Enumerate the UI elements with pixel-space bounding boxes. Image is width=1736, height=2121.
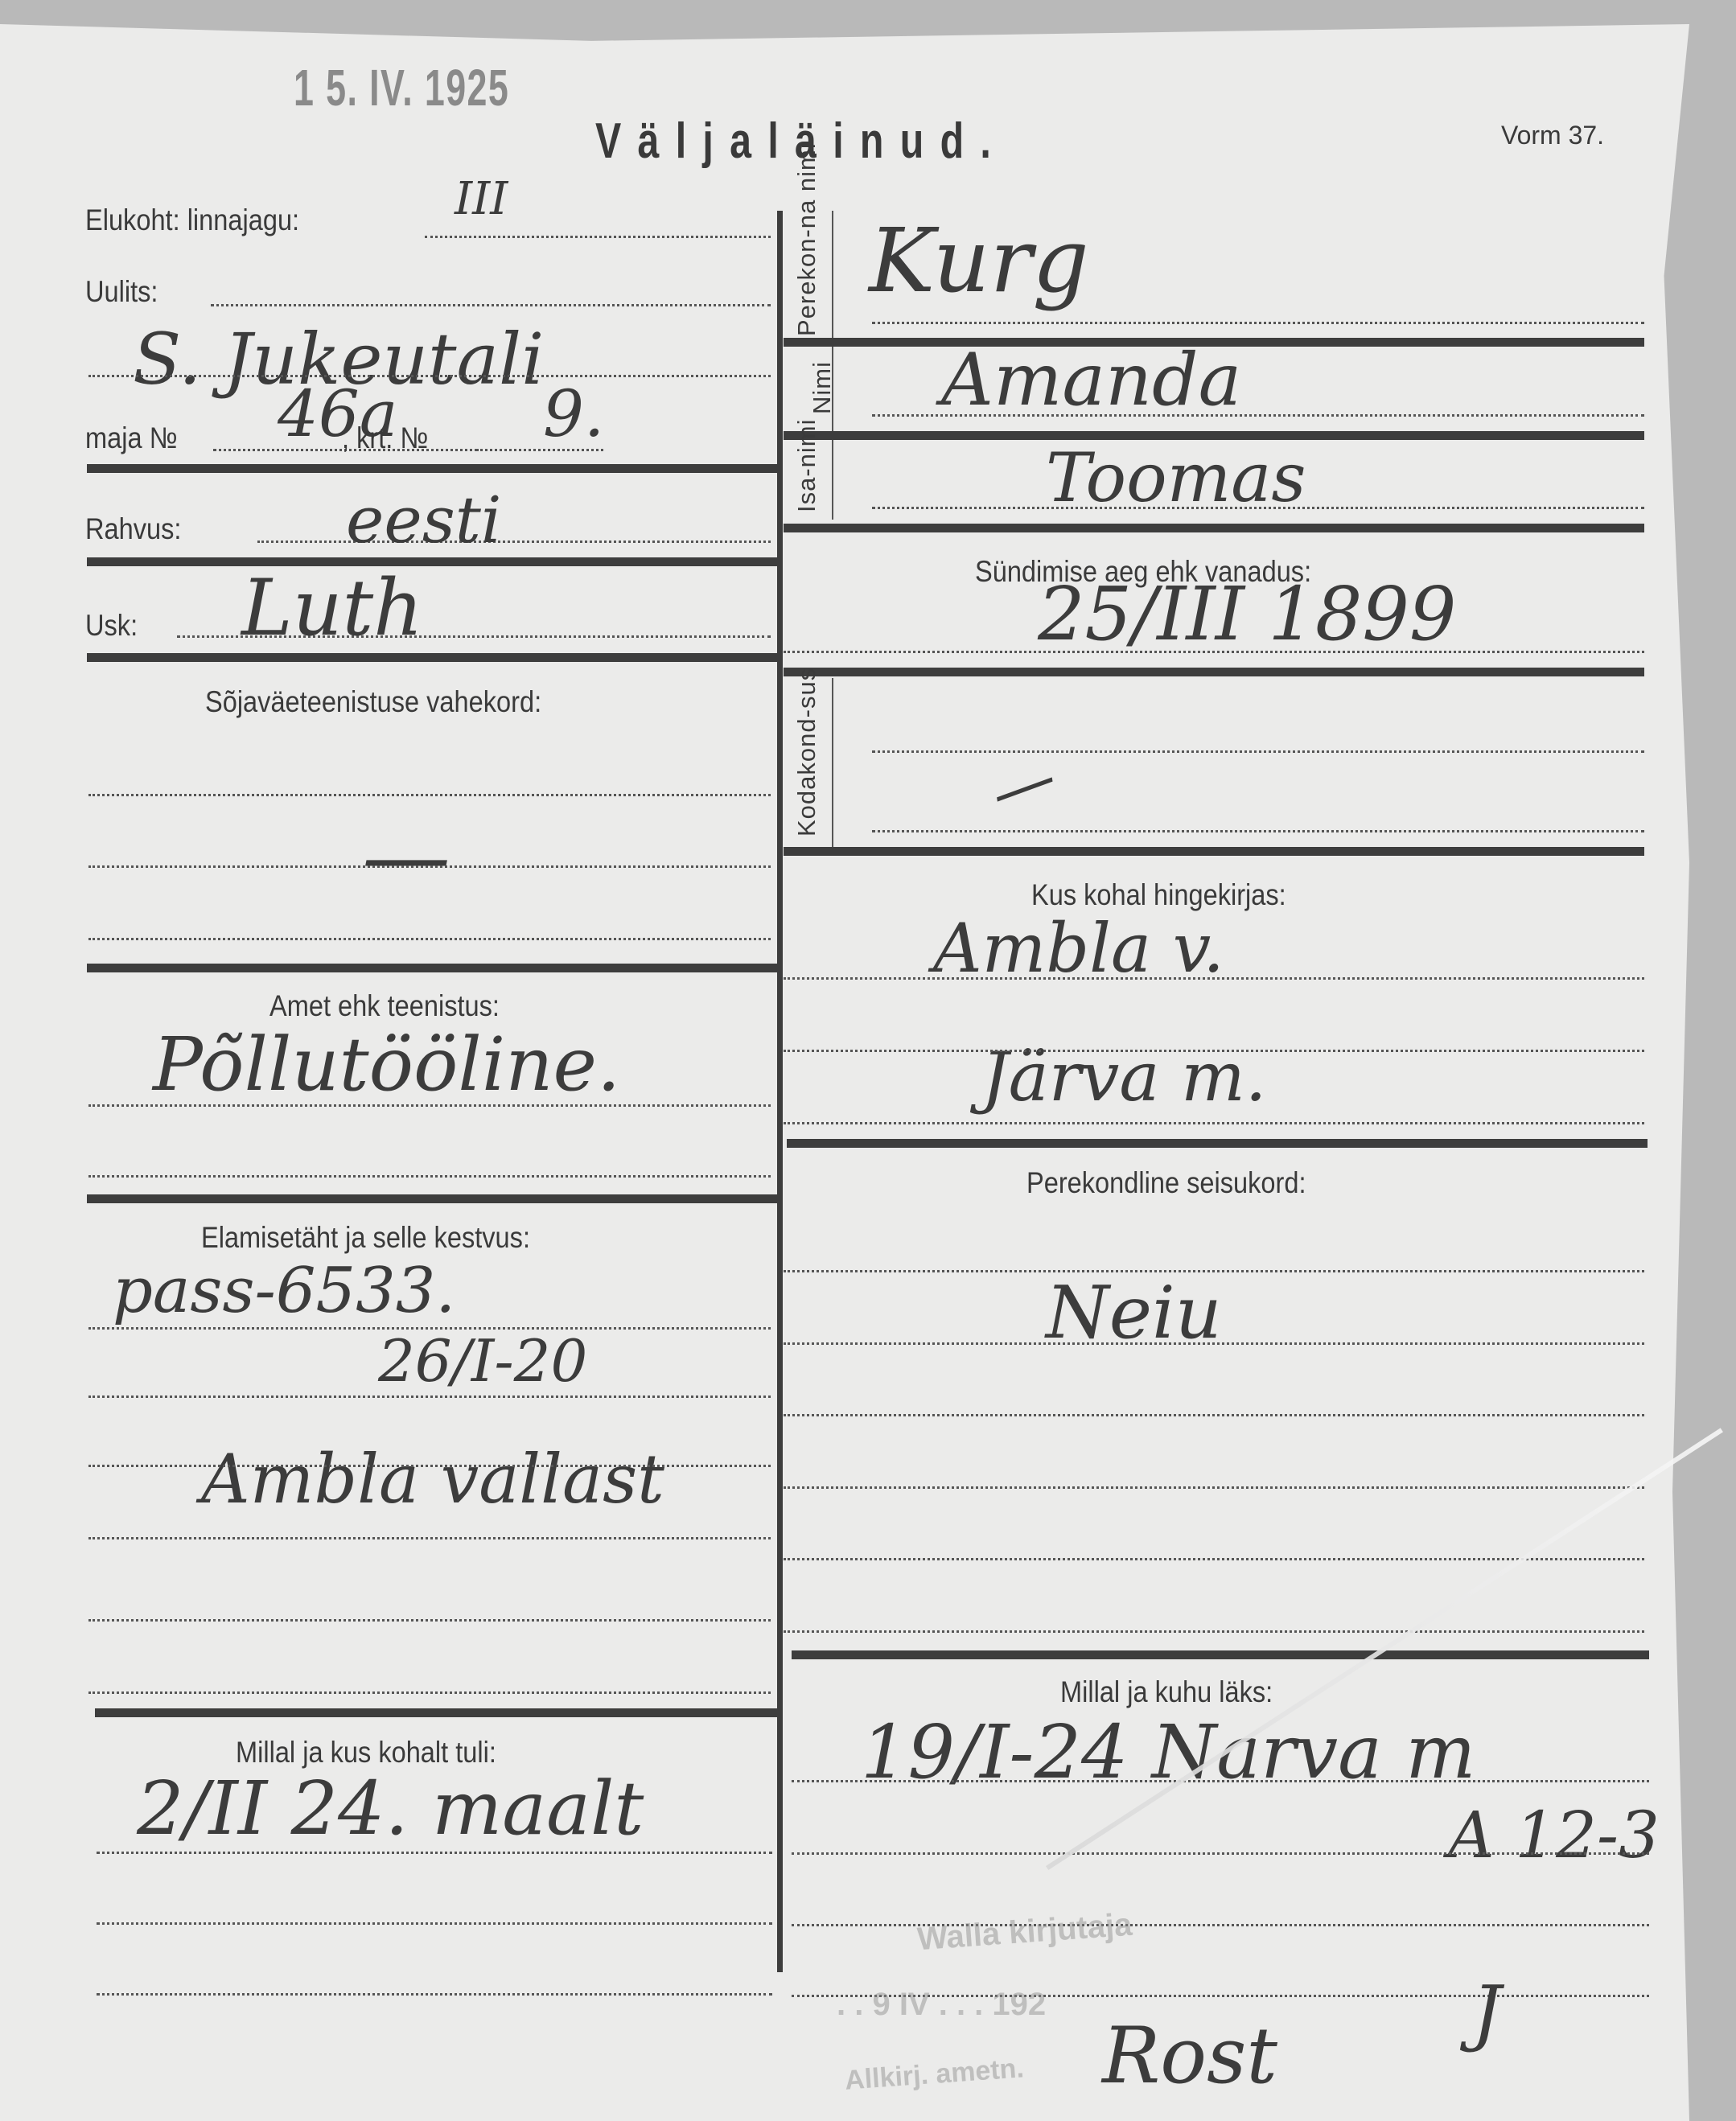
military-line-1 [88,794,771,796]
parish-register-line-1[interactable]: Ambla v. [933,909,1224,988]
occupation-value[interactable]: Põllutööline. [153,1021,620,1108]
surname-line [872,322,1644,324]
arrival-line-1 [97,1852,772,1854]
official-stamp-line-2: . . 9 IV . . . 192 [837,1987,1046,2023]
divider [87,464,777,473]
citizenship-line-1 [872,750,1644,753]
nationality-line [257,541,771,543]
military-label: Sõjaväeteenistuse vahekord: [205,685,541,719]
departure-address[interactable]: A 12-3 [1448,1798,1660,1872]
departure-line-2 [792,1852,1649,1855]
birth-line [784,651,1644,653]
fathers-name-value[interactable]: Toomas [1046,438,1306,517]
first-name-value[interactable]: Amanda [941,338,1241,422]
parish-line-2 [784,1050,1644,1052]
date-stamp: 1 5. IV. 1925 [294,58,509,117]
street-line-2 [88,375,771,377]
divider [87,964,777,972]
divider [95,1708,777,1717]
divider [784,847,1644,856]
permit-line-2 [88,1396,771,1398]
surname-label: Perekon-na nimi [793,142,821,336]
occupation-line-1 [88,1104,771,1107]
permit-line-6 [88,1691,771,1694]
fathers-name-line [872,507,1644,509]
divider [784,524,1644,532]
arrival-label: Millal ja kus kohalt tuli: [236,1736,496,1770]
divider [792,1650,1649,1659]
religion-value[interactable]: Luth [241,563,423,653]
permit-line-5 [88,1619,771,1622]
marital-line-6 [784,1630,1644,1633]
marital-line-3 [784,1414,1644,1416]
divider [87,1194,777,1203]
military-line-2 [88,865,771,868]
citizenship-line-2 [872,830,1644,832]
arrival-line-3 [97,1993,772,1996]
citizenship-label: Kodakond-sus [793,668,821,836]
divider [784,668,1644,676]
form-number: Vorm 37. [1501,121,1604,150]
street-label: Uulits: [85,275,158,309]
divider [87,653,777,662]
religion-label: Usk: [85,609,138,643]
first-name-label: Nimi [808,361,836,414]
nationality-label: Rahvus: [85,512,181,546]
surname-value[interactable]: Kurg [869,209,1089,312]
official-signature: Rost [1102,2011,1277,2101]
marital-line-2 [784,1342,1644,1345]
arrival-value[interactable]: 2/II 24. maalt [137,1765,644,1852]
citizenship-label-divider [832,678,833,847]
parish-line-3 [784,1122,1644,1124]
divider [787,1139,1648,1148]
military-value[interactable]: — [362,804,450,907]
arrival-line-2 [97,1922,772,1925]
residence-label: Elukoht: linnajagu: [85,203,299,237]
residence-permit-line-2[interactable]: 26/I-20 [378,1327,587,1395]
fathers-name-label: Isa-nimi [793,418,821,512]
street-line-1 [211,304,771,306]
marital-line-4 [784,1486,1644,1489]
divider [87,557,777,566]
residence-permit-line-1[interactable]: pass-6533. [113,1255,455,1327]
occupation-line-2 [88,1175,771,1178]
nationality-value[interactable]: eesti [346,483,501,557]
marital-status-label: Perekondline seisukord: [1026,1166,1306,1200]
occupation-label: Amet ehk teenistus: [269,989,500,1023]
departure-line-1 [792,1780,1649,1782]
house-label: maja № [85,421,178,455]
military-line-3 [88,938,771,940]
permit-line-3 [88,1465,771,1467]
parish-line-1 [784,977,1644,980]
column-divider [777,211,783,1972]
apartment-label: , krt. № [342,421,428,455]
residence-permit-line-3[interactable]: Ambla vallast [201,1440,664,1519]
departure-label: Millal ja kuhu läks: [1060,1675,1273,1709]
residence-permit-label: Elamisetäht ja selle kestvus: [201,1221,530,1255]
first-name-line [872,414,1644,417]
residence-value[interactable]: III [455,173,508,225]
parish-register-label: Kus kohal hingekirjas: [1031,878,1286,912]
apartment-value[interactable]: 9. [543,376,604,451]
birth-value[interactable]: 25/III 1899 [1038,571,1456,657]
permit-line-4 [88,1537,771,1539]
signature-initial: J [1472,1971,1501,2055]
residence-line [425,236,771,238]
